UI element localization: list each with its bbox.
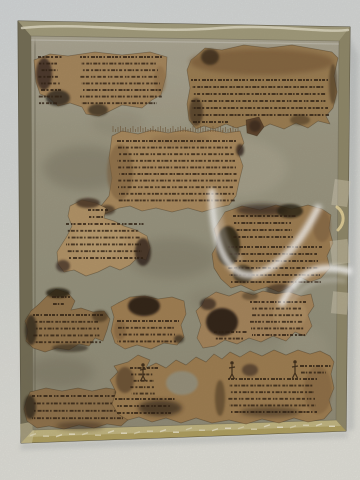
photo-of-framed-papyrus-fragments — [0, 0, 360, 480]
photo-grain-overlay — [0, 0, 360, 480]
scene-svg — [0, 0, 360, 480]
